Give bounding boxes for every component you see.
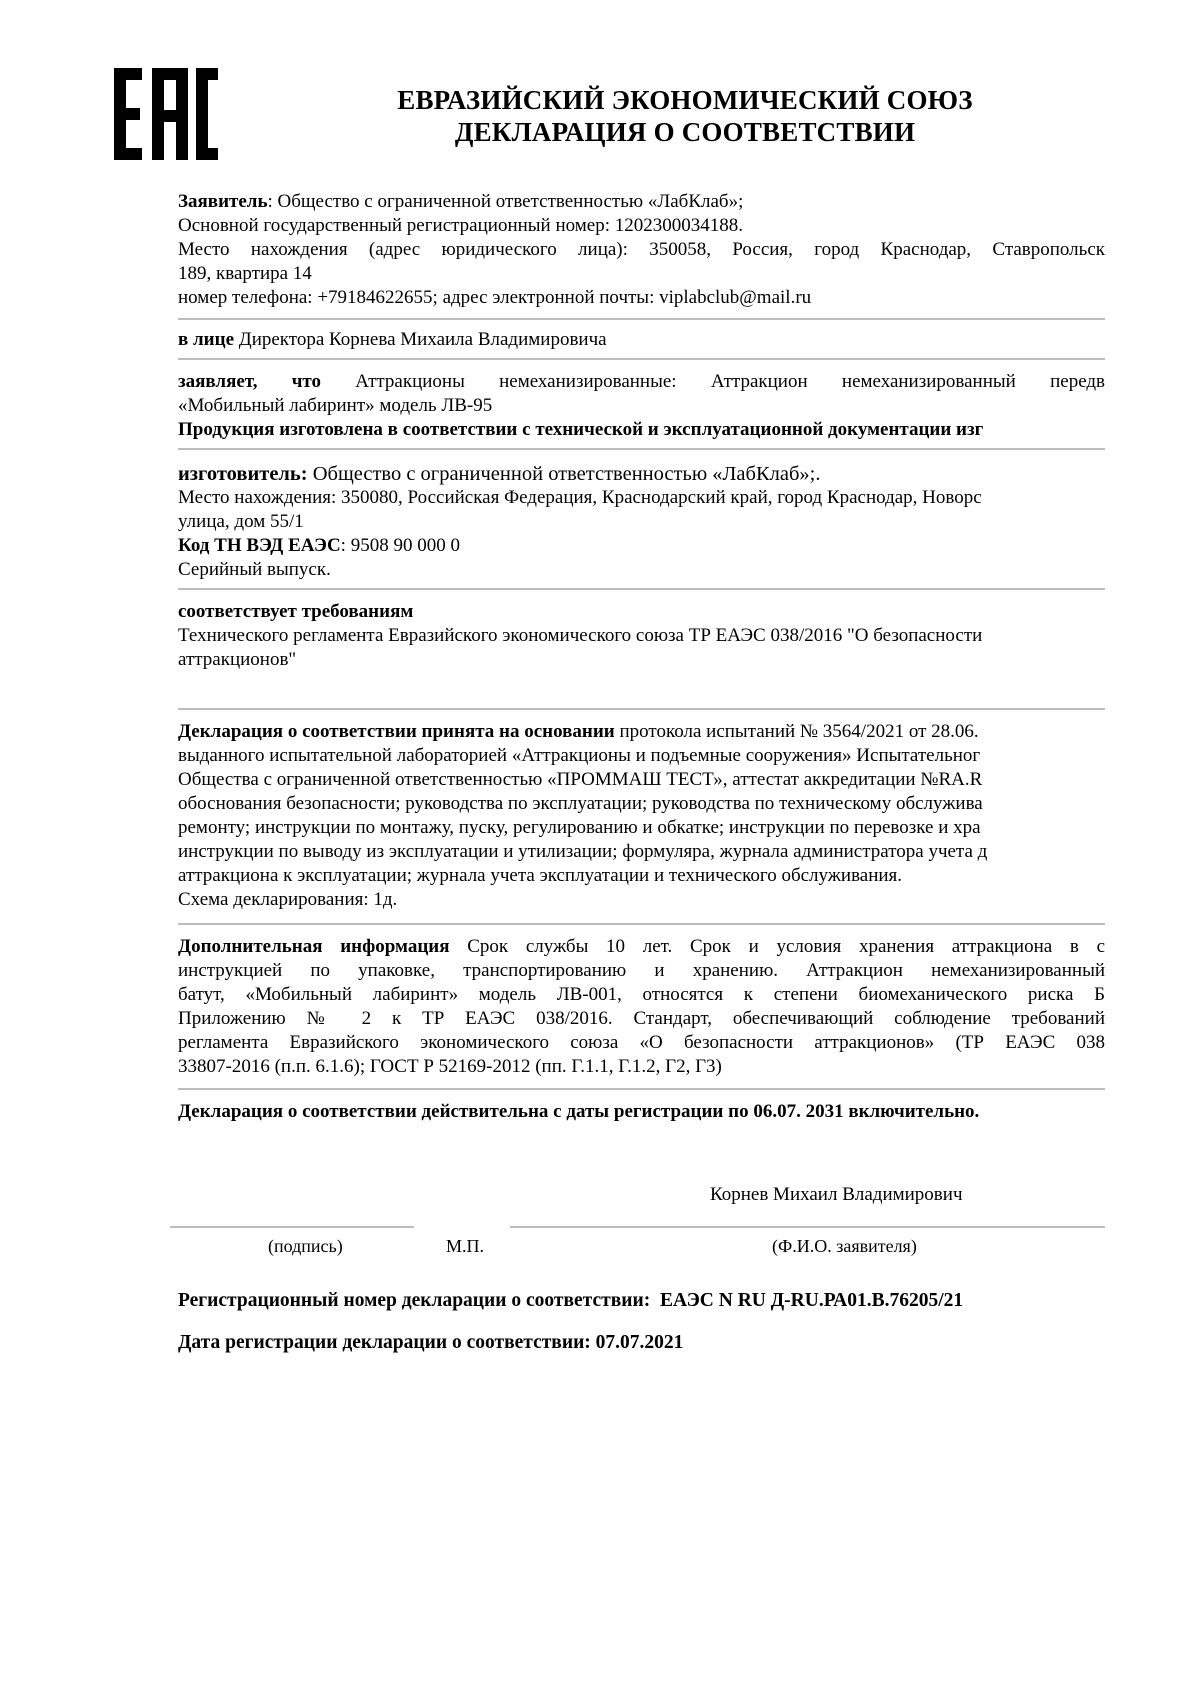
manufacturer-address-line1: Место нахождения: 350080, Российская Фед… [178,486,982,510]
name-caption: (Ф.И.О. заявителя) [772,1236,917,1257]
basis-line6: инструкции по выводу из эксплуатации и у… [178,840,987,864]
represented-section: в лице Директора Корнева Михаила Владими… [178,328,607,352]
declares-label: заявляет, что [178,371,321,392]
serial-production: Серийный выпуск. [178,558,982,582]
eac-mark-icon [112,68,220,160]
additional-label: Дополнительная информация [178,936,450,957]
applicant-address-line2: 189, квартира 14 [178,262,1105,286]
basis-label: Декларация о соответствии принята на осн… [178,721,615,742]
declares-line3: Продукция изготовлена в соответствии с т… [178,419,983,440]
declares-line1: Аттракционы немеханизированные: Аттракци… [321,371,1105,392]
applicant-section: Заявитель: Общество с ограниченной ответ… [178,190,1105,310]
basis-line2: выданного испытательной лабораторией «Ат… [178,744,987,768]
document-header: ЕВРАЗИЙСКИЙ ЭКОНОМИЧЕСКИЙ СОЮЗ ДЕКЛАРАЦИ… [280,84,1090,148]
applicant-label: Заявитель [178,191,268,212]
validity-section: Декларация о соответствии действительна … [178,1100,979,1124]
applicant-name: : Общество с ограниченной ответственност… [268,191,744,212]
divider [178,448,1105,450]
registration-date-label: Дата регистрации декларации о соответств… [178,1332,591,1353]
basis-line4: обоснования безопасности; руководства по… [178,792,987,816]
signature-line [170,1226,414,1228]
additional-line4: Приложению № 2 к ТР ЕАЭС 038/2016. Станд… [178,1007,1105,1031]
registration-date-row: Дата регистрации декларации о соответств… [178,1332,683,1354]
represented-text: Директора Корнева Михаила Владимировича [234,329,607,350]
represented-label: в лице [178,329,234,350]
divider [178,923,1105,925]
declares-section: заявляет, что Аттракционы немеханизирова… [178,370,1105,442]
conformity-line1: Технического регламента Евразийского эко… [178,624,982,648]
divider [178,358,1105,360]
manufacturer-address-line2: улица, дом 55/1 [178,510,982,534]
basis-line1: протокола испытаний № 3564/2021 от 28.06… [615,721,979,742]
additional-line6: 33807-2016 (п.п. 6.1.6); ГОСТ Р 52169-20… [178,1055,1105,1079]
conformity-label: соответствует требованиям [178,601,413,622]
basis-section: Декларация о соответствии принята на осн… [178,720,987,912]
divider [178,708,1105,710]
signature-caption: (подпись) [268,1236,343,1257]
conformity-line2: аттракционов" [178,648,982,672]
manufacturer-name: Общество с ограниченной ответственностью… [308,463,821,485]
hs-code-value: : 9508 90 000 0 [341,535,460,556]
applicant-address-line1: Место нахождения (адрес юридического лиц… [178,238,1105,262]
basis-line5: ремонту; инструкции по монтажу, пуску, р… [178,816,987,840]
conformity-section: соответствует требованиям Технического р… [178,600,982,672]
header-declaration-title: ДЕКЛАРАЦИЯ О СООТВЕТСТВИИ [280,116,1090,148]
additional-line2: инструкцией по упаковке, транспортирован… [178,959,1105,983]
registration-number-value: ЕАЭС N RU Д-RU.РА01.В.76205/21 [660,1290,963,1311]
applicant-full-name: Корнев Михаил Владимирович [710,1184,963,1206]
declaration-body: Заявитель: Общество с ограниченной ответ… [178,190,1105,1390]
additional-line5: регламента Евразийского экономического с… [178,1031,1105,1055]
registration-number-row: Регистрационный номер декларации о соотв… [178,1290,963,1312]
declares-line2: «Мобильный лабиринт» модель ЛВ-95 [178,394,1105,418]
registration-date-value: 07.07.2021 [596,1332,684,1353]
basis-line3: Общества с ограниченной ответственностью… [178,768,987,792]
stamp-caption: М.П. [446,1236,484,1257]
basis-line7: аттракциона к эксплуатации; журнала учет… [178,864,987,888]
divider [178,588,1105,590]
additional-line1: Срок службы 10 лет. Срок и условия хране… [450,936,1105,957]
additional-line3: батут, «Мобильный лабиринт» модель ЛВ-00… [178,983,1105,1007]
manufacturer-label: изготовитель: [178,463,308,485]
registration-number-label: Регистрационный номер декларации о соотв… [178,1290,650,1311]
additional-info-section: Дополнительная информация Срок службы 10… [178,935,1105,1079]
hs-code-label: Код ТН ВЭД ЕАЭС [178,535,341,556]
manufacturer-section: изготовитель: Общество с ограниченной от… [178,462,982,582]
declaration-scheme: Схема декларирования: 1д. [178,888,987,912]
applicant-contacts: номер телефона: +79184622655; адрес элек… [178,286,1105,310]
applicant-ogrn: Основной государственный регистрационный… [178,214,1105,238]
validity-statement: Декларация о соответствии действительна … [178,1100,979,1124]
header-union-title: ЕВРАЗИЙСКИЙ ЭКОНОМИЧЕСКИЙ СОЮЗ [280,84,1090,116]
divider [178,1088,1105,1090]
divider [178,318,1105,320]
name-line [510,1226,1105,1228]
